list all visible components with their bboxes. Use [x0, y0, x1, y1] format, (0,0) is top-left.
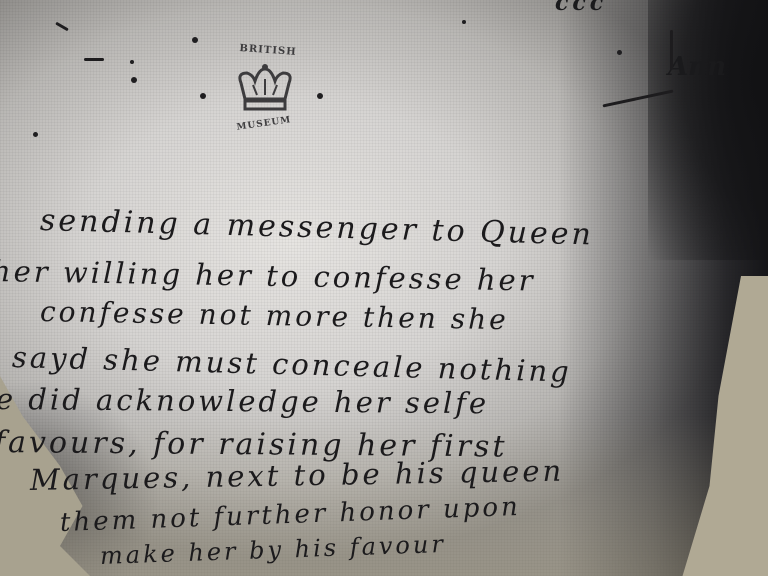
manuscript-line-5: e did acknowledge her selfe	[0, 382, 489, 420]
ink-speck	[192, 37, 198, 43]
ink-speck	[131, 77, 137, 83]
ink-speck	[462, 20, 466, 24]
british-museum-stamp: BRITISH MUSEUM	[205, 45, 325, 140]
margin-annotation: Ann	[668, 52, 726, 82]
crown-icon	[233, 63, 297, 117]
ink-mark	[84, 58, 104, 61]
top-partial-text: ccc	[555, 0, 607, 16]
stamp-top-text: BRITISH	[223, 42, 314, 59]
top-right-shadow	[648, 0, 768, 260]
annotation-flourish	[670, 30, 673, 70]
ink-speck	[33, 132, 38, 137]
ink-speck	[130, 60, 134, 64]
ink-speck	[617, 50, 622, 55]
